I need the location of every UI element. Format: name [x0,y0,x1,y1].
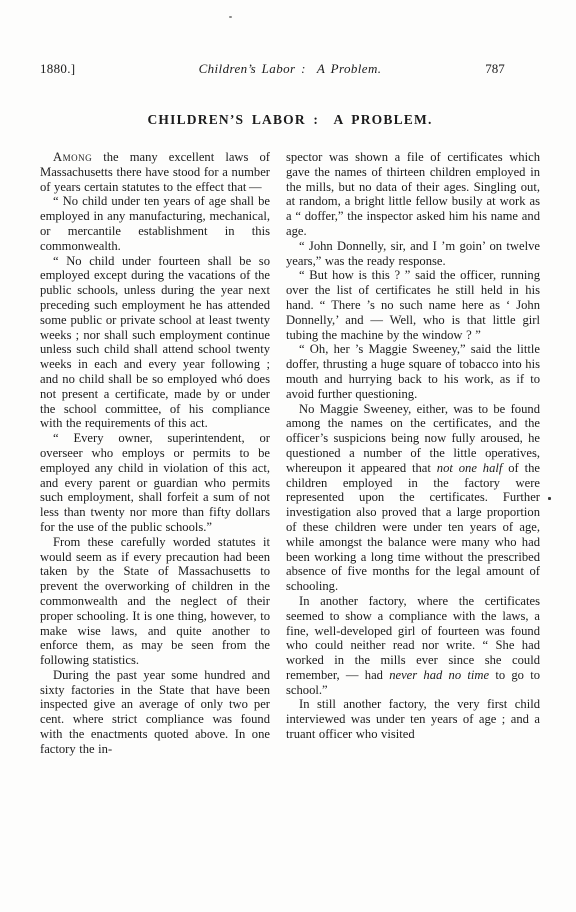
paragraph: “ No child under ten years of age shall … [40,194,270,253]
paragraph: No Maggie Sweeney, either, was to be fou… [286,402,540,594]
text-segment: not one half [437,461,503,475]
paragraph: During the past year some hundred and si… [40,668,270,757]
ink-speck [229,16,232,18]
text-segment: never had no time [389,668,489,682]
text-segment: In still another factory, the very first… [286,697,540,741]
header-year: 1880.] [40,61,130,77]
text-segment: Among [53,150,92,164]
text-segment: “ Every owner, superintendent, or overse… [40,431,270,534]
article-title: CHILDREN’S LABOR : A PROBLEM. [40,112,540,128]
paragraph: “ No child under fourteen shall be so em… [40,254,270,432]
paragraph: “ John Donnelly, sir, and I ’m goin’ on … [286,239,540,269]
paragraph: spector was shown a file of certificates… [286,150,540,239]
paragraph: In still another factory, the very first… [286,697,540,741]
column-left: Among the many excellent laws of Massach… [40,150,270,757]
paragraph: “ Every owner, superintendent, or overse… [40,431,270,535]
text-segment: “ No child under fourteen shall be so em… [40,254,270,431]
text-segment: “ Oh, her ’s Maggie Sweeney,” said the l… [286,342,540,400]
text-segment: of the children employed in the factory … [286,461,540,593]
text-segment: “ No child under ten years of age shall … [40,194,270,252]
text-segment: spector was shown a file of certificates… [286,150,540,238]
text-segment: “ But how is this ? ” said the officer, … [286,268,540,341]
paragraph: Among the many excellent laws of Massach… [40,150,270,194]
paragraph: “ Oh, her ’s Maggie Sweeney,” said the l… [286,342,540,401]
header-page-number: 787 [450,61,540,77]
article-body: Among the many excellent laws of Massach… [40,150,540,757]
paragraph: “ But how is this ? ” said the officer, … [286,268,540,342]
paragraph: From these carefully worded statutes it … [40,535,270,668]
text-segment: From these carefully worded statutes it … [40,535,270,667]
ink-speck [548,497,551,500]
paragraph: In another factory, where the certificat… [286,594,540,698]
text-segment: During the past year some hundred and si… [40,668,270,756]
column-right: spector was shown a file of certificates… [286,150,540,757]
page-header: 1880.] Children’s Labor : A Problem. 787 [40,61,540,77]
document-page: 1880.] Children’s Labor : A Problem. 787… [0,0,576,912]
header-running-title: Children’s Labor : A Problem. [130,61,450,77]
text-segment: “ John Donnelly, sir, and I ’m goin’ on … [286,239,540,268]
